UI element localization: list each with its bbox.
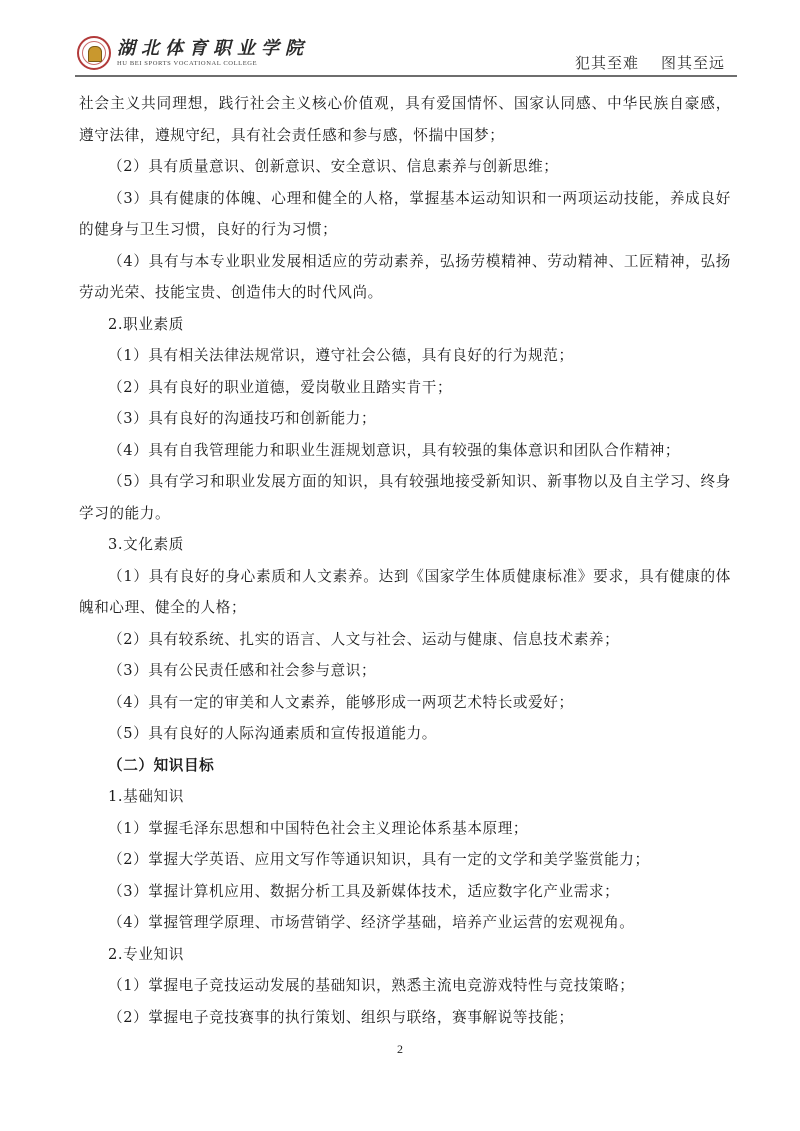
paragraph: （4）具有自我管理能力和职业生涯规划意识，具有较强的集体意识和团队合作精神； <box>79 435 731 467</box>
seal-building-icon <box>88 46 102 62</box>
paragraph: （3）掌握计算机应用、数据分析工具及新媒体技术，适应数字化产业需求； <box>79 876 731 908</box>
paragraph: （1）具有良好的身心素质和人文素养。达到《国家学生体质健康标准》要求，具有健康的… <box>79 561 731 624</box>
paragraph: （3）具有健康的体魄、心理和健全的人格，掌握基本运动知识和一两项运动技能，养成良… <box>79 183 731 246</box>
page-header: 湖北体育职业学院 HU BEI SPORTS VOCATIONAL COLLEG… <box>75 36 737 76</box>
college-motto: 犯其至难 图其至远 <box>575 52 725 73</box>
paragraph: （3）具有良好的沟通技巧和创新能力； <box>79 403 731 435</box>
section-heading: 2.职业素质 <box>79 309 731 341</box>
paragraph: （2）掌握电子竞技赛事的执行策划、组织与联络，赛事解说等技能； <box>79 1002 731 1034</box>
paragraph: （1）具有相关法律法规常识，遵守社会公德，具有良好的行为规范； <box>79 340 731 372</box>
motto-part-1: 犯其至难 <box>575 52 639 73</box>
section-heading: 3.文化素质 <box>79 529 731 561</box>
paragraph: （5）具有学习和职业发展方面的知识，具有较强地接受新知识、新事物以及自主学习、终… <box>79 466 731 529</box>
paragraph: 社会主义共同理想，践行社会主义核心价值观，具有爱国情怀、国家认同感、中华民族自豪… <box>79 88 731 151</box>
paragraph: （4）具有与本专业职业发展相适应的劳动素养，弘扬劳模精神、劳动精神、工匠精神，弘… <box>79 246 731 309</box>
college-name-cn: 湖北体育职业学院 <box>117 39 309 59</box>
paragraph: （2）具有较系统、扎实的语言、人文与社会、运动与健康、信息技术素养； <box>79 624 731 656</box>
college-logo: 湖北体育职业学院 HU BEI SPORTS VOCATIONAL COLLEG… <box>77 36 309 70</box>
header-divider <box>75 75 737 77</box>
paragraph: （2）具有良好的职业道德，爱岗敬业且踏实肯干； <box>79 372 731 404</box>
paragraph: （3）具有公民责任感和社会参与意识； <box>79 655 731 687</box>
college-seal-icon <box>77 36 111 70</box>
page-number: 2 <box>0 1042 800 1057</box>
paragraph: （2）掌握大学英语、应用文写作等通识知识，具有一定的文学和美学鉴赏能力； <box>79 844 731 876</box>
paragraph: （5）具有良好的人际沟通素质和宣传报道能力。 <box>79 718 731 750</box>
college-wordmark: 湖北体育职业学院 HU BEI SPORTS VOCATIONAL COLLEG… <box>117 39 309 68</box>
motto-part-2: 图其至远 <box>661 52 725 73</box>
paragraph: （1）掌握电子竞技运动发展的基础知识，熟悉主流电竞游戏特性与竞技策略； <box>79 970 731 1002</box>
document-body: 社会主义共同理想，践行社会主义核心价值观，具有爱国情怀、国家认同感、中华民族自豪… <box>79 88 731 1033</box>
paragraph: （1）掌握毛泽东思想和中国特色社会主义理论体系基本原理； <box>79 813 731 845</box>
college-name-en: HU BEI SPORTS VOCATIONAL COLLEGE <box>117 60 309 68</box>
section-heading: 2.专业知识 <box>79 939 731 971</box>
paragraph: （4）具有一定的审美和人文素养，能够形成一两项艺术特长或爱好； <box>79 687 731 719</box>
paragraph: （2）具有质量意识、创新意识、安全意识、信息素养与创新思维； <box>79 151 731 183</box>
paragraph: （4）掌握管理学原理、市场营销学、经济学基础，培养产业运营的宏观视角。 <box>79 907 731 939</box>
section-heading: 1.基础知识 <box>79 781 731 813</box>
chapter-heading: （二）知识目标 <box>79 750 731 782</box>
